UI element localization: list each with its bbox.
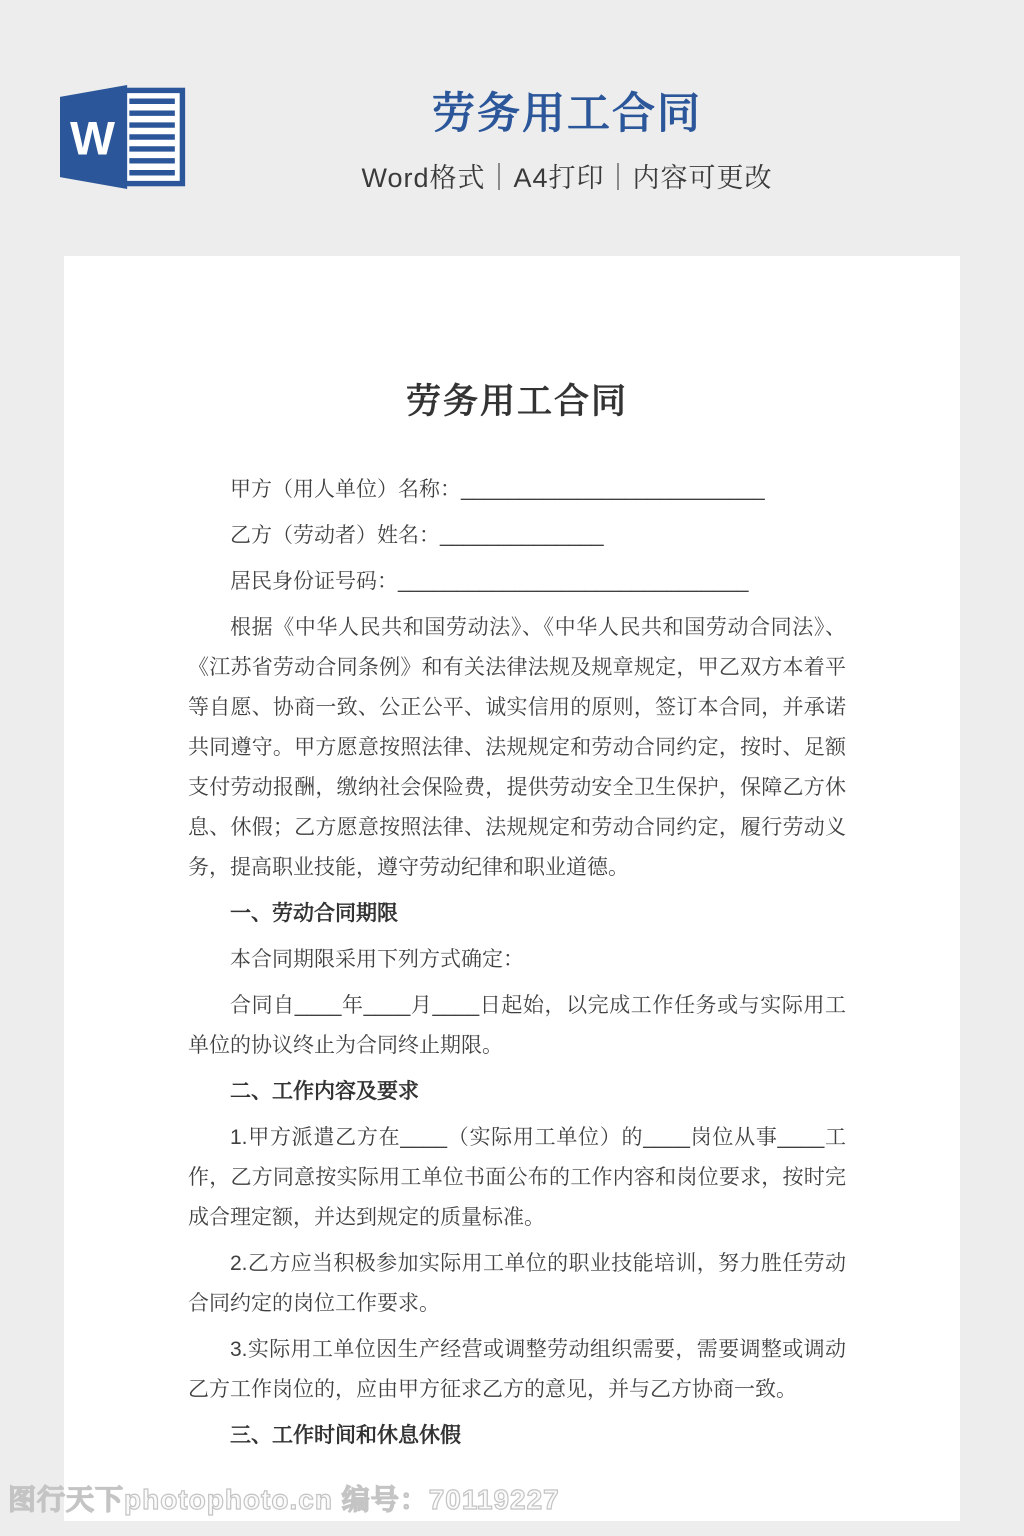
section-heading-3: 三、工作时间和休息休假 <box>188 1416 846 1456</box>
template-header: W 劳务用工合同 Word格式｜A4打印｜内容可更改 <box>0 0 1024 256</box>
paragraph-work-item-1: 1.甲方派遣乙方在____（实际用工单位）的____岗位从事____工作，乙方同… <box>188 1118 846 1238</box>
field-party-a-name: 甲方（用人单位）名称：__________________________ <box>188 470 846 510</box>
section-heading-1: 一、劳动合同期限 <box>188 894 846 934</box>
section-heading-2: 二、工作内容及要求 <box>188 1072 846 1112</box>
header-title: 劳务用工合同 <box>110 90 1024 139</box>
site-watermark: 图行天下photophoto.cn 编号：70119227 <box>8 1478 560 1518</box>
document-title: 劳务用工合同 <box>188 374 846 424</box>
paragraph-term-intro: 本合同期限采用下列方式确定： <box>188 940 846 980</box>
header-text-block: 劳务用工合同 Word格式｜A4打印｜内容可更改 <box>110 90 1024 195</box>
document-page: 劳务用工合同 甲方（用人单位）名称：______________________… <box>64 256 960 1521</box>
paragraph-work-item-2: 2.乙方应当积极参加实际用工单位的职业技能培训，努力胜任劳动合同约定的岗位工作要… <box>188 1244 846 1324</box>
document-content: 劳务用工合同 甲方（用人单位）名称：______________________… <box>64 256 960 1456</box>
paragraph-work-item-3: 3.实际用工单位因生产经营或调整劳动组织需要，需要调整或调动乙方工作岗位的，应由… <box>188 1330 846 1410</box>
svg-text:W: W <box>70 112 115 165</box>
header-subtitle: Word格式｜A4打印｜内容可更改 <box>110 156 1024 195</box>
field-party-b-name: 乙方（劳动者）姓名：______________ <box>188 516 846 556</box>
field-id-number: 居民身份证号码：______________________________ <box>188 562 846 602</box>
paragraph-preamble: 根据《中华人民共和国劳动法》、《中华人民共和国劳动合同法》、《江苏省劳动合同条例… <box>188 608 846 888</box>
document-body: 甲方（用人单位）名称：__________________________ 乙方… <box>188 470 846 1456</box>
paragraph-term-dates: 合同自____年____月____日起始，以完成工作任务或与实际用工单位的协议终… <box>188 986 846 1066</box>
screen: W 劳务用工合同 Word格式｜A4打印｜内容可更改 劳务用工合同 甲方（用人单… <box>0 0 1024 1536</box>
